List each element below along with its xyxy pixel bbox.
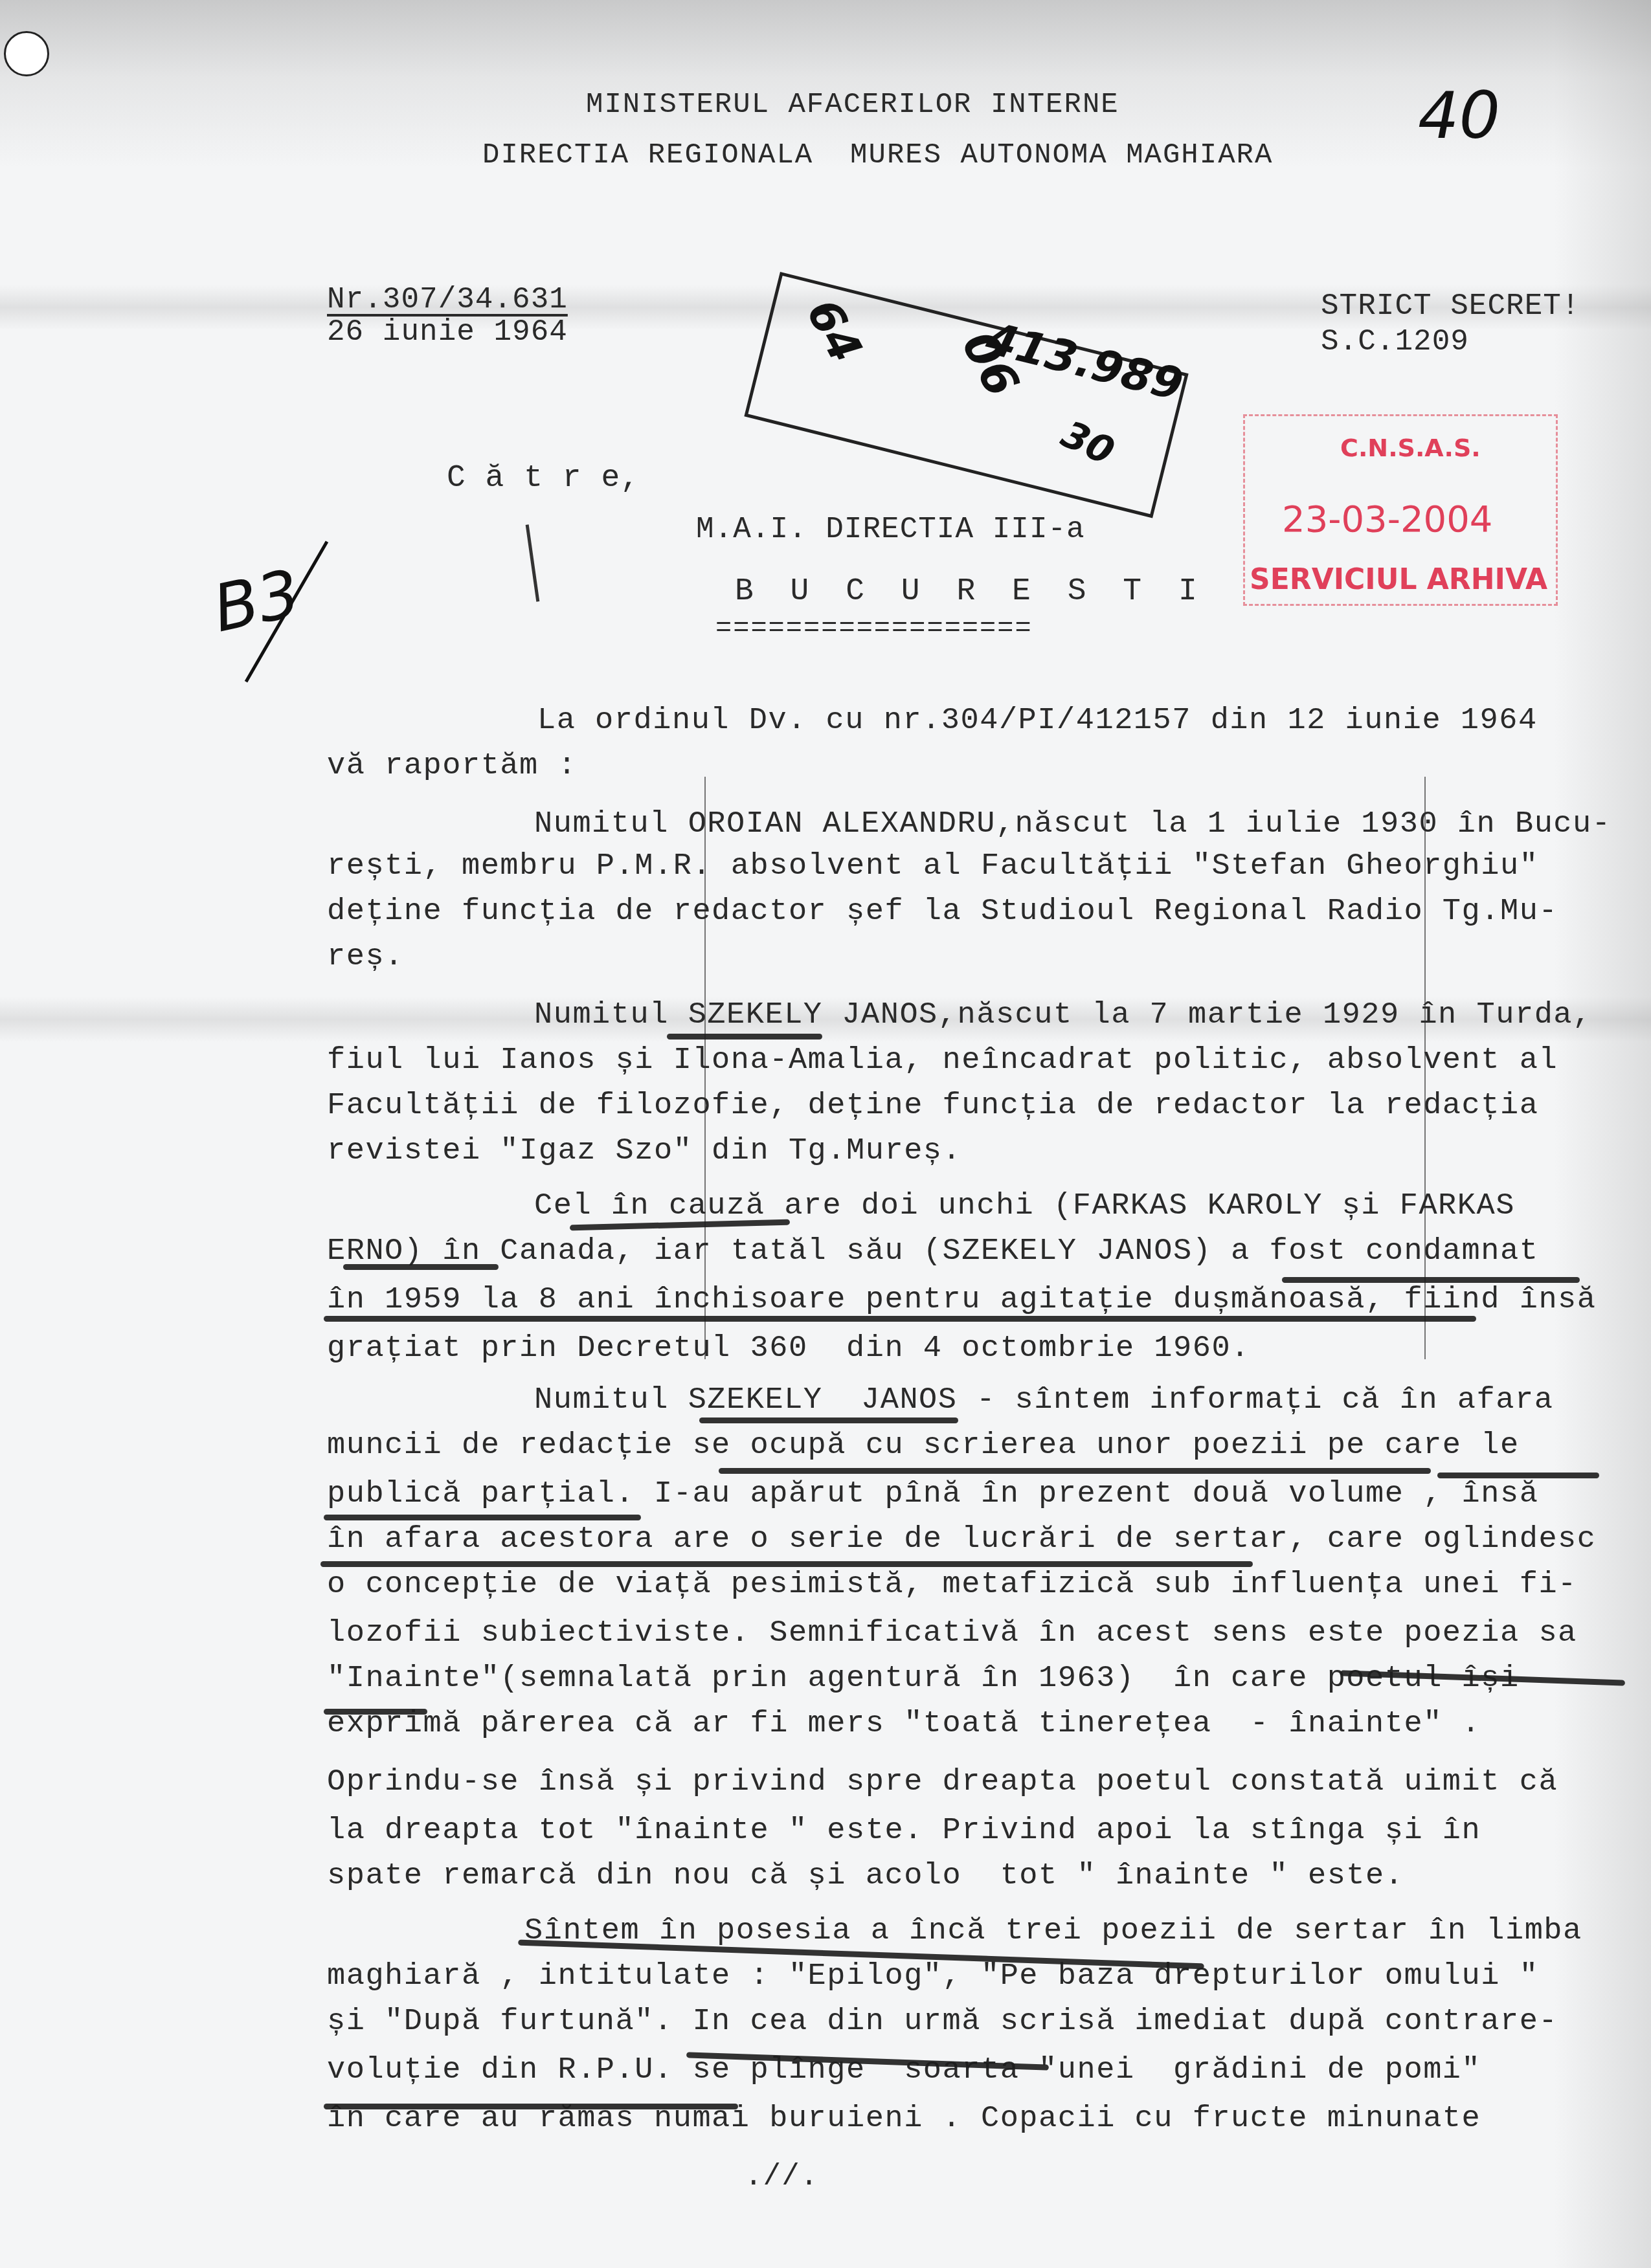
body-line: la dreapta tot "înainte " este. Privind … xyxy=(327,1816,1481,1846)
recipient-rule: ================== xyxy=(715,615,1033,642)
pen-underline xyxy=(324,1316,1476,1322)
classification-label: STRICT SECRET! xyxy=(1321,291,1580,321)
body-line: revistei "Igaz Szo" din Tg.Mureș. xyxy=(327,1136,961,1166)
pen-underline xyxy=(324,1709,427,1715)
body-line: Numitul SZEKELY JANOS,născut la 7 martie… xyxy=(534,1000,1592,1030)
pen-underline xyxy=(667,1034,822,1039)
archive-stamp-service: SERVICIUL ARHIVA xyxy=(1250,563,1547,596)
page-number-handwritten: 40 xyxy=(1418,78,1500,153)
pen-underline xyxy=(320,1561,1253,1567)
reference-date: 26 iunie 1964 xyxy=(327,317,568,347)
pen-underline xyxy=(324,2104,738,2109)
body-line: Cel în cauză are doi unchi (FARKAS KAROL… xyxy=(534,1191,1515,1221)
body-line: și "După furtună". In cea din urmă scris… xyxy=(327,2007,1558,2037)
body-line: Sîntem în posesia a încă trei poezii de … xyxy=(524,1916,1582,1946)
ministry-title: MINISTERUL AFACERILOR INTERNE xyxy=(586,91,1119,119)
body-line: grațiat prin Decretul 360 din 4 octombri… xyxy=(327,1333,1250,1364)
body-line: spate remarcă din nou că și acolo tot " … xyxy=(327,1861,1404,1891)
recipient-city: B U C U R E S T I xyxy=(735,576,1206,607)
body-line: exprimă părerea că ar fi mers "toată tin… xyxy=(327,1709,1481,1739)
document-page: MINISTERUL AFACERILOR INTERNE DIRECTIA R… xyxy=(0,0,1651,2268)
body-line: Facultății de filozofie, deține funcția … xyxy=(327,1091,1538,1121)
pen-underline xyxy=(343,1264,499,1270)
body-line: în afara acestora are o serie de lucrări… xyxy=(327,1524,1597,1555)
recipient: M.A.I. DIRECTIA III-a xyxy=(696,515,1085,544)
body-line: Numitul SZEKELY JANOS - sîntem informați… xyxy=(534,1385,1553,1416)
directorate-title: DIRECTIA REGIONALA MURES AUTONOMA MAGHIA… xyxy=(482,141,1273,170)
body-line: în 1959 la 8 ani închisoare pentru agita… xyxy=(327,1285,1597,1315)
body-line: muncii de redacție se ocupă cu scrierea … xyxy=(327,1430,1520,1461)
archive-stamp-date: 23-03-2004 xyxy=(1282,498,1492,540)
body-line: "Inainte"(semnalată prin agentură în 196… xyxy=(327,1663,1520,1694)
pen-underline xyxy=(1437,1473,1599,1478)
body-line: lozofii subiectiviste. Semnificativă în … xyxy=(327,1618,1577,1649)
continuation-mark: .//. xyxy=(745,2162,818,2192)
body-line: o concepție de viață pesimistă, metafizi… xyxy=(327,1570,1577,1600)
body-line: Numitul OROIAN ALEXANDRU,născut la 1 iul… xyxy=(534,809,1611,839)
pen-underline xyxy=(1282,1277,1580,1283)
classification-code: S.C.1209 xyxy=(1321,327,1469,357)
margin-tick xyxy=(526,524,540,602)
body-line: rești, membru P.M.R. absolvent al Facult… xyxy=(327,851,1538,882)
pen-underline xyxy=(324,1515,641,1520)
pen-underline xyxy=(699,1417,958,1423)
body-line: reș. xyxy=(327,942,404,972)
salutation: C ă t r e, xyxy=(447,463,640,494)
punch-hole xyxy=(4,31,49,76)
body-line: publică parțial. I-au apărut pînă în pre… xyxy=(327,1479,1538,1509)
archive-stamp-organization: C.N.S.A.S. xyxy=(1340,434,1481,462)
body-line: La ordinul Dv. cu nr.304/PI/412157 din 1… xyxy=(537,706,1538,736)
reference-number: Nr.307/34.631 xyxy=(327,285,568,315)
pen-underline xyxy=(719,1468,1431,1474)
body-line: Oprindu-se însă și privind spre dreapta … xyxy=(327,1767,1558,1797)
body-line: deține funcția de redactor șef la Studio… xyxy=(327,896,1558,927)
body-line: maghiară , intitulate : "Epilog", "Pe ba… xyxy=(327,1961,1538,1992)
body-line: fiul lui Ianos și Ilona-Amalia, neîncadr… xyxy=(327,1045,1558,1076)
body-line: ERNO) în Canada, iar tatăl său (SZEKELY … xyxy=(327,1236,1538,1267)
body-line: vă raportăm : xyxy=(327,751,577,781)
